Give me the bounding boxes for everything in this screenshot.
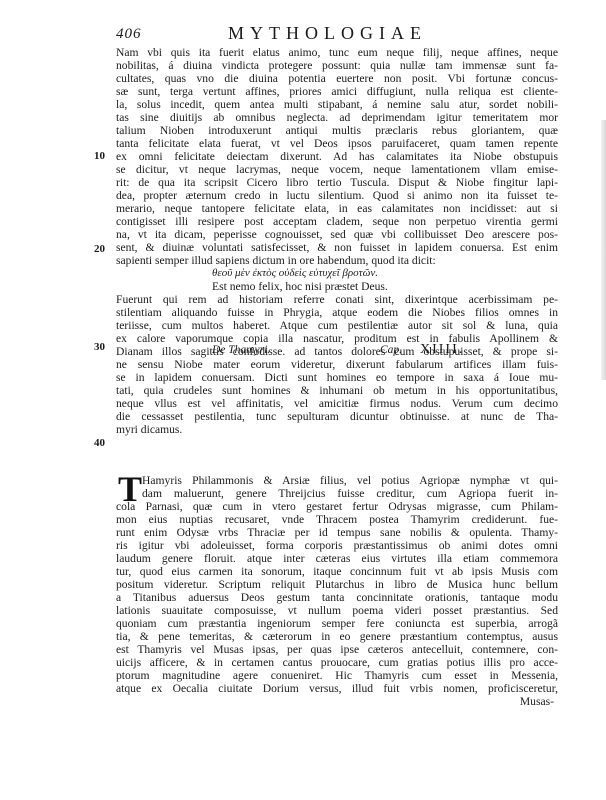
chapter-title: De Thamyri. bbox=[212, 344, 270, 356]
text-line: Nam vbi quis ita fuerit elatus animo, tu… bbox=[116, 46, 558, 59]
margin-line-number: 20 bbox=[94, 243, 105, 255]
margin-line-number: 40 bbox=[94, 437, 105, 449]
text-line: stilentiam aliquando fuisse in Phrygia, … bbox=[116, 306, 558, 319]
text-line: laudum genere floruit. atque inter cæter… bbox=[116, 552, 558, 565]
text-line: atque ex Oecalia ciuitate Dorium versus,… bbox=[116, 682, 558, 695]
text-line: ex omni felicitate deiectam dixerunt. Ad… bbox=[116, 150, 558, 163]
text-line: quoniam cum præstantia ingeniorum semper… bbox=[116, 617, 558, 630]
page-edge bbox=[601, 120, 606, 380]
text-line: positum videretur. Scriptum reliquit Plu… bbox=[116, 578, 558, 591]
text-line: lationis suauitate composuisse, vt nullu… bbox=[116, 604, 558, 617]
text-line: sæ sunt, terga vertunt affines, priores … bbox=[116, 85, 558, 98]
greek-quote: θεοῦ μὲν ἐκτὸς οὐδεὶς εὐτυχεῖ βροτῶν. bbox=[116, 267, 558, 280]
paragraph-niobe: Nam vbi quis ita fuerit elatus animo, tu… bbox=[116, 46, 558, 293]
margin-line-number: 10 bbox=[94, 150, 105, 162]
text-line: cola Parnasi, quæ cum in vtero gestaret … bbox=[116, 500, 558, 513]
text-line: sapienti semper illud sapiens dictum in … bbox=[116, 254, 558, 267]
book-page: 406 MYTHOLOGIAE Nam vbi quis ita fuerit … bbox=[0, 0, 606, 800]
text-line: contigisset illi resipere post acceptam … bbox=[116, 215, 558, 228]
text-line: la, solus incedit, quem antea multi stip… bbox=[116, 98, 558, 111]
text-line: se in lapidem conuersam. Dicti sunt homi… bbox=[116, 371, 558, 384]
running-title: MYTHOLOGIAE bbox=[228, 23, 427, 44]
text-line: tia, & pene temeritas, & cæterorum in eo… bbox=[116, 630, 558, 643]
paragraph-historical: Fuerunt qui rem ad historiam referre con… bbox=[116, 293, 558, 436]
page-header: 406 MYTHOLOGIAE bbox=[116, 26, 560, 46]
text-line: nobilitas, á diuina vindicta protegere p… bbox=[116, 59, 558, 72]
text-line: tanta felicitate elata fuerat, vt vel De… bbox=[116, 137, 558, 150]
text-line: a Titanibus aduersus Deos gestum tanta c… bbox=[116, 591, 558, 604]
text-line: dea, propter æternum credo in luctu sile… bbox=[116, 189, 558, 202]
text-line: teriisse, cum multos haberet. Atque cum … bbox=[116, 319, 558, 332]
text-line: merario, neque tantopere felicitate elat… bbox=[116, 202, 558, 215]
text-line: tur, quod eius carmen ita sonorum, itaqu… bbox=[116, 565, 558, 578]
text-line: ptorum magnitudine agere conueniret. Hic… bbox=[116, 669, 558, 682]
text-line: myri dicamus. bbox=[116, 423, 558, 436]
text-line: dam maluerunt, genere Threijcius fuisse … bbox=[116, 487, 558, 500]
text-line: talium Nioben introduxerunt antiqui mult… bbox=[116, 124, 558, 137]
page-number: 406 bbox=[116, 26, 142, 43]
text-line: na, vt ita dicam, peperisse cognouisset,… bbox=[116, 228, 558, 241]
chapter-label: Cap. bbox=[380, 344, 402, 356]
text-line: ris igitur vbi adoleuisset, forma corpor… bbox=[116, 539, 558, 552]
text-line: se dicitur, vt neque lacrymas, neque voc… bbox=[116, 163, 558, 176]
catchword: Musas- bbox=[116, 695, 558, 708]
text-line: Hamyris Philammonis & Arsiæ filius, vel … bbox=[116, 474, 558, 487]
text-line: est Thamyris vel Musas ipsas, per quas i… bbox=[116, 643, 558, 656]
text-line: uicijs afficere, & in certamen cantus pr… bbox=[116, 656, 558, 669]
text-line: neque vllus est vel affinitatis, vel ami… bbox=[116, 397, 558, 410]
text-line: tati, quia crudeles sunt homines & inhum… bbox=[116, 384, 558, 397]
text-line: runt enim Odysæ vrbs Thraciæ per id temp… bbox=[116, 526, 558, 539]
text-line: rit: de qua ita scripsit Cicero libro te… bbox=[116, 176, 558, 189]
latin-verse: Est nemo felix, hoc nisi præstet Deus. bbox=[116, 280, 558, 293]
paragraph-thamyris: Hamyris Philammonis & Arsiæ filius, vel … bbox=[116, 474, 558, 708]
text-line: mon eius nuptias recusaret, vnde Thracem… bbox=[116, 513, 558, 526]
text-line: sent, & diuinæ voluntati satisfecisset, … bbox=[116, 241, 558, 254]
chapter-number: XIIII. bbox=[420, 342, 464, 358]
text-line: tas sine diuitijs ab omnibus neglecta. a… bbox=[116, 111, 558, 124]
text-line: cultates, quas vno die diuina potentia e… bbox=[116, 72, 558, 85]
text-line: Fuerunt qui rem ad historiam referre con… bbox=[116, 293, 558, 306]
chapter-heading: De Thamyri. Cap. XIIII. bbox=[116, 344, 558, 360]
text-line: die cessasset pestilentia, tunc sepultur… bbox=[116, 410, 558, 423]
margin-line-number: 30 bbox=[94, 341, 105, 353]
